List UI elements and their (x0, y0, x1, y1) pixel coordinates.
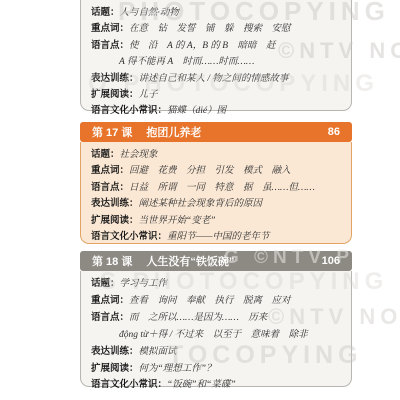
lesson-16-summary-box: 话题：人与自然·动物 重点词：在意 钻 发誓 铺 躲 搜索 安慰 语言点：使 沿… (80, 0, 352, 111)
row-value: 讲述自己和某人 / 物之间的情感故事 (139, 74, 289, 84)
row-label: 重点词： (91, 165, 129, 176)
row-label: 语言文化小常识： (91, 231, 167, 242)
row-value: 日益 所谓 一同 特意 据 虽……但…… (129, 183, 315, 193)
row-value: 而 之所以……是因为…… 历来 (129, 313, 267, 323)
lesson-17-header: 第 17 课 抱团儿养老 86 (80, 122, 352, 142)
row-value: 在意 钻 发誓 铺 躲 搜索 安慰 (129, 24, 291, 34)
row-value: 社会现象 (120, 150, 158, 160)
lesson-title: 抱团儿养老 (146, 124, 327, 140)
row-label: 话题： (91, 278, 120, 289)
row-value: 阐述某种社会现象背后的原因 (139, 199, 263, 209)
row-value: 模拟面试 (139, 347, 177, 357)
row-label: 语言点： (91, 182, 129, 193)
row-value: động từ＋得 / 不过来 以至于 意味着 除非 (119, 330, 308, 340)
toc-row-topic: 话题：人与自然·动物 (91, 5, 341, 21)
row-label: 话题： (91, 149, 120, 160)
row-value: 学习与工作 (120, 279, 168, 289)
row-label: 扩展阅读： (91, 363, 139, 374)
row-label: 扩展阅读： (91, 89, 139, 100)
lesson-18-summary-box: 话题：学习与工作 重点词：查看 询问 奉献 执行 脱离 应对 语言点：而 之所以… (80, 271, 352, 387)
toc-row-expression: 表达训练：模拟面试 (91, 344, 341, 361)
row-value: 查看 询问 奉献 执行 脱离 应对 (129, 296, 291, 306)
toc-row-topic: 话题：学习与工作 (91, 276, 341, 293)
toc-row-keywords: 重点词：查看 询问 奉献 执行 脱离 应对 (91, 293, 341, 310)
toc-row-culture: 语言文化小常识：重阳节——中国的老年节 (91, 229, 341, 245)
lesson-18-header: 第 18 课 人生没有“铁饭碗” 106 (80, 251, 352, 271)
row-value: 回避 花费 分担 引发 模式 融入 (129, 166, 291, 176)
toc-row-culture: 语言文化小常识：“饭碗”和“菜碟” (91, 377, 341, 394)
row-value: A 得不能再 A 时而……时而…… (119, 57, 254, 67)
toc-row-reading: 扩展阅读：儿子 (91, 87, 341, 103)
toc-row-grammar: 语言点：日益 所谓 一同 特意 据 虽……但…… (91, 180, 341, 196)
row-value: “饭碗”和“菜碟” (167, 380, 236, 390)
toc-row-grammar-cont: A 得不能再 A 时而……时而…… (91, 54, 341, 70)
toc-row-culture: 语言文化小常识：猫蝶（dié）图 (91, 103, 341, 119)
row-label: 语言文化小常识： (91, 379, 167, 390)
row-value: 人与自然·动物 (120, 8, 179, 18)
toc-row-reading: 扩展阅读：当世界开始“变老” (91, 213, 341, 229)
lesson-page-number: 106 (322, 255, 340, 267)
toc-row-grammar: 语言点：而 之所以……是因为…… 历来 (91, 310, 341, 327)
toc-row-grammar: 语言点：使 沿 A 的 A，B 的 B 暗暗 赶 (91, 38, 341, 54)
row-label: 语言点： (91, 40, 129, 51)
lesson-title: 人生没有“铁饭碗” (146, 253, 321, 269)
row-value: 猫蝶（dié）图 (167, 106, 226, 116)
toc-row-expression: 表达训练：阐述某种社会现象背后的原因 (91, 196, 341, 212)
row-value: 使 沿 A 的 A，B 的 B 暗暗 赶 (129, 41, 276, 51)
row-value: 重阳节——中国的老年节 (167, 232, 269, 242)
lesson-page-number: 86 (328, 126, 340, 138)
lesson-number: 第 18 课 (92, 253, 132, 269)
row-label: 表达训练： (91, 198, 139, 209)
toc-column: 话题：人与自然·动物 重点词：在意 钻 发誓 铺 躲 搜索 安慰 语言点：使 沿… (80, 0, 352, 387)
row-label: 扩展阅读： (91, 215, 139, 226)
row-label: 语言文化小常识： (91, 105, 167, 116)
row-label: 表达训练： (91, 73, 139, 84)
toc-row-topic: 话题：社会现象 (91, 147, 341, 163)
toc-row-keywords: 重点词：在意 钻 发誓 铺 躲 搜索 安慰 (91, 21, 341, 37)
toc-row-keywords: 重点词：回避 花费 分担 引发 模式 融入 (91, 163, 341, 179)
toc-row-reading: 扩展阅读：何为“理想工作”？ (91, 361, 341, 378)
lesson-17-summary-box: 话题：社会现象 重点词：回避 花费 分担 引发 模式 融入 语言点：日益 所谓 … (80, 142, 352, 244)
lesson-number: 第 17 课 (92, 124, 132, 140)
row-value: 何为“理想工作”？ (139, 364, 216, 374)
row-label: 语言点： (91, 312, 129, 323)
row-value: 当世界开始“变老” (139, 216, 216, 226)
row-value: 儿子 (139, 90, 158, 100)
row-label: 表达训练： (91, 346, 139, 357)
toc-row-expression: 表达训练：讲述自己和某人 / 物之间的情感故事 (91, 71, 341, 87)
row-label: 重点词： (91, 295, 129, 306)
row-label: 话题： (91, 7, 120, 18)
row-label: 重点词： (91, 23, 129, 34)
toc-row-grammar-cont: động từ＋得 / 不过来 以至于 意味着 除非 (91, 327, 341, 344)
